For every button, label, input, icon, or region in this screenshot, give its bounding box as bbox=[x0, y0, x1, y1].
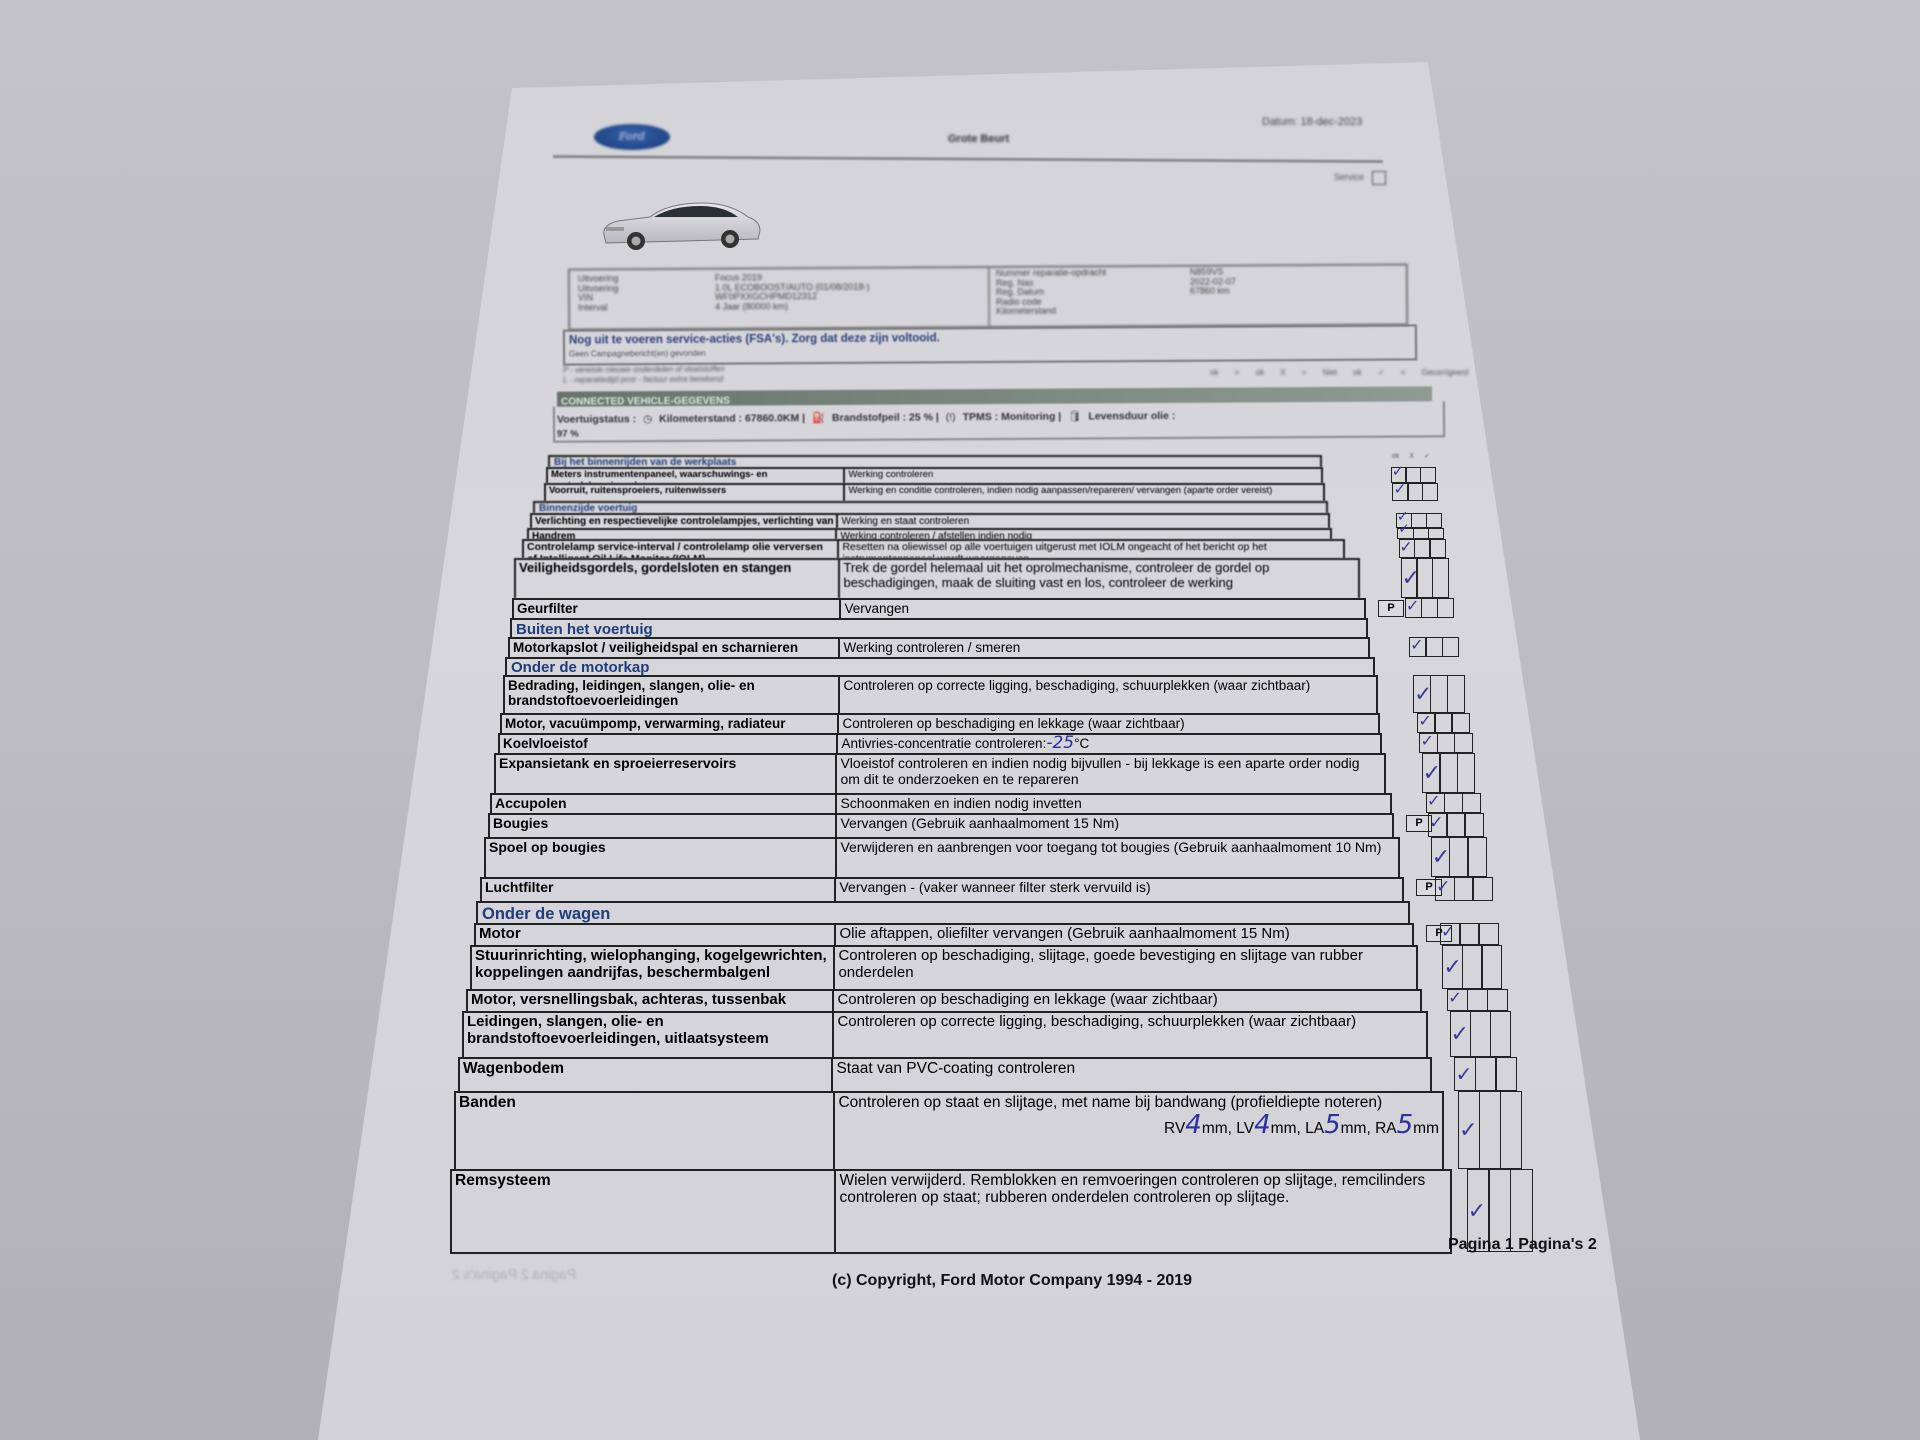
row-action: Olie aftappen, oliefilter vervangen (Geb… bbox=[836, 925, 1412, 945]
row-action-text: Werking controleren / smeren bbox=[843, 640, 1020, 655]
check-cell-corrected[interactable] bbox=[1472, 877, 1492, 901]
date-label: Datum: bbox=[1262, 116, 1297, 128]
row-item: Stuurinrichting, wielophanging, kogelgew… bbox=[472, 947, 835, 989]
tpms-icon: (!) bbox=[946, 411, 956, 423]
row-action: Werking controleren bbox=[845, 469, 1321, 483]
tyre-unit: mm bbox=[1413, 1120, 1439, 1137]
handwritten-checkmark: ✓ bbox=[1402, 566, 1420, 591]
tyre-depth-value: 4 bbox=[1254, 1110, 1271, 1140]
check-cell-not-ok[interactable] bbox=[1454, 877, 1474, 901]
legend-status-key: ok = ok X = Niet ok ✓ = Gecorrigeerd bbox=[1210, 368, 1468, 377]
check-cell-not-ok[interactable] bbox=[1444, 793, 1463, 813]
check-cell-corrected[interactable] bbox=[1432, 558, 1449, 598]
row-action: Schoonmaken en indien nodig invetten bbox=[837, 795, 1390, 813]
row-action: Werking controleren / smeren bbox=[840, 639, 1368, 657]
check-cell-corrected[interactable] bbox=[1420, 467, 1436, 483]
row-item: Voorruit, ruitensproeiers, ruitenwissers bbox=[546, 485, 845, 501]
header-divider bbox=[553, 155, 1383, 163]
check-cell-not-ok[interactable] bbox=[1421, 598, 1438, 618]
section-header: Onder de wagen bbox=[476, 901, 1410, 923]
fsa-notice: Nog uit te voeren service-acties (FSA's)… bbox=[563, 324, 1417, 365]
row-item: Controlelamp service-interval / controle… bbox=[524, 541, 839, 558]
table-row: Motor, vacuümpomp, verwarming, radiateur… bbox=[500, 713, 1380, 733]
table-row: BandenControleren op staat en slijtage, … bbox=[454, 1091, 1444, 1169]
handwritten-checkmark: ✓ bbox=[1406, 596, 1419, 615]
check-cell-not-ok[interactable] bbox=[1437, 733, 1456, 753]
check-cell-corrected[interactable] bbox=[1451, 713, 1470, 733]
tyre-depth-value: 4 bbox=[1185, 1110, 1202, 1140]
row-item: Remsysteem bbox=[452, 1171, 836, 1252]
row-item: Motorkapslot / veiligheidspal en scharni… bbox=[510, 639, 840, 657]
row-item: Geurfilter bbox=[514, 600, 841, 618]
row-action: Resetten na oliewissel op alle voertuige… bbox=[839, 541, 1343, 558]
table-row: HandremWerking controleren / afstellen i… bbox=[527, 528, 1332, 539]
check-cell-corrected[interactable] bbox=[1467, 837, 1487, 877]
copyright: (c) Copyright, Ford Motor Company 1994 -… bbox=[832, 1272, 1192, 1290]
ford-logo: Ford bbox=[594, 124, 670, 150]
handwritten-checkmark: ✓ bbox=[1398, 522, 1409, 537]
odometer-icon: ◷ bbox=[643, 413, 652, 425]
check-cell-corrected[interactable] bbox=[1429, 539, 1446, 558]
service-checklist-document: Ford Grote Beurt Datum: 18-dec-2023 Serv… bbox=[0, 0, 1920, 1440]
row-item: Verlichting en respectievelijke controle… bbox=[532, 515, 838, 528]
column-divider bbox=[988, 268, 990, 326]
row-action: Vervangen (Gebruik aanhaalmoment 15 Nm) bbox=[837, 815, 1392, 837]
handwritten-checkmark: ✓ bbox=[1392, 463, 1404, 480]
table-row: RemsysteemWielen verwijderd. Remblokken … bbox=[450, 1169, 1452, 1252]
handwritten-checkmark: ✓ bbox=[1451, 1022, 1469, 1047]
handwritten-checkmark: ✓ bbox=[1400, 537, 1413, 556]
row-action: Controleren op beschadiging, slijtage, g… bbox=[835, 947, 1416, 989]
check-cell-corrected[interactable] bbox=[1428, 528, 1445, 539]
repair-field-label: Kilometerstand bbox=[996, 306, 1196, 317]
row-action: Controleren op beschadiging en lekkage (… bbox=[839, 715, 1378, 733]
section-header: Binnenzijde voertuig bbox=[533, 501, 1328, 513]
row-action-text: Schoonmaken en indien nodig invetten bbox=[840, 795, 1081, 811]
row-item: Koelvloeistof bbox=[500, 735, 838, 753]
check-cell-corrected[interactable] bbox=[1447, 675, 1465, 713]
handwritten-checkmark: ✓ bbox=[1423, 761, 1441, 786]
check-cell-corrected[interactable] bbox=[1426, 513, 1443, 528]
vehicle-field-label: Interval bbox=[578, 302, 698, 312]
table-row: AccupolenSchoonmaken en indien nodig inv… bbox=[490, 793, 1392, 813]
handwritten-checkmark: ✓ bbox=[1393, 480, 1406, 498]
coolant-unit: °C bbox=[1074, 736, 1089, 751]
table-row: Controlelamp service-interval / controle… bbox=[522, 539, 1345, 558]
row-action-text: Vloeistof controleren en indien nodig bi… bbox=[840, 755, 1359, 787]
tyre-unit: mm bbox=[1341, 1120, 1367, 1137]
tyre-label: RA bbox=[1375, 1120, 1397, 1137]
row-action: Werking en conditie controleren, indien … bbox=[845, 485, 1323, 501]
table-row: Veiligheidsgordels, gordelsloten en stan… bbox=[514, 558, 1360, 598]
table-row: Stuurinrichting, wielophanging, kogelgew… bbox=[470, 945, 1418, 989]
check-cell-not-ok[interactable] bbox=[1459, 923, 1480, 945]
tyre-depth-value: 5 bbox=[1324, 1110, 1341, 1140]
vehicle-info-table: UitvoeringUitvoeringVINInterval Focus 20… bbox=[568, 263, 1408, 330]
vehicle-status-line: Voertuigstatus : ◷ Kilometerstand : 6786… bbox=[557, 409, 1175, 426]
table-row: Expansietank en sproeierreservoirsVloeis… bbox=[494, 753, 1386, 793]
section-header: Buiten het voertuig bbox=[510, 618, 1368, 637]
km-label: Kilometerstand : bbox=[659, 413, 742, 426]
handwritten-checkmark: ✓ bbox=[1429, 813, 1443, 833]
row-item: Banden bbox=[456, 1093, 835, 1169]
row-action: Werking controleren / afstellen indien n… bbox=[837, 530, 1330, 539]
check-cell-not-ok[interactable] bbox=[1413, 528, 1430, 539]
row-action-text: Controleren op correcte ligging, beschad… bbox=[843, 678, 1310, 693]
check-cell-corrected[interactable] bbox=[1500, 1091, 1522, 1169]
row-action: Controleren op beschadiging en lekkage (… bbox=[834, 991, 1420, 1011]
legend-notes: P - vereiste nieuwe onderdelen of vloeis… bbox=[563, 365, 725, 386]
date: Datum: 18-dec-2023 bbox=[1262, 116, 1362, 128]
row-action-text: Staat van PVC-coating controleren bbox=[836, 1060, 1075, 1077]
row-action-text: Controleren op beschadiging en lekkage (… bbox=[837, 991, 1217, 1008]
row-item: Meters instrumentenpaneel, waarschuwings… bbox=[548, 469, 845, 483]
row-item: Handrem bbox=[529, 530, 837, 539]
check-cell-not-ok[interactable] bbox=[1414, 539, 1431, 558]
row-action: Vloeistof controleren en indien nodig bi… bbox=[837, 755, 1384, 793]
check-cell-not-ok[interactable] bbox=[1439, 753, 1458, 793]
check-cell-corrected[interactable] bbox=[1457, 753, 1476, 793]
row-action: Wielen verwijderd. Remblokken en remvoer… bbox=[836, 1171, 1450, 1252]
handwritten-checkmark: ✓ bbox=[1468, 1199, 1486, 1224]
check-cell-corrected[interactable] bbox=[1422, 483, 1438, 501]
check-cell-corrected[interactable] bbox=[1478, 923, 1499, 945]
row-action-text: Vervangen bbox=[844, 601, 909, 616]
row-action-text: Resetten na oliewissel op alle voertuige… bbox=[842, 541, 1266, 558]
page-title: Grote Beurt bbox=[948, 133, 1009, 145]
handwritten-checkmark: ✓ bbox=[1418, 711, 1431, 730]
tyre-label: RV bbox=[1164, 1120, 1185, 1137]
table-row: Motor, versnellingsbak, achteras, tussen… bbox=[466, 989, 1422, 1011]
row-action-text: Antivries-concentratie controleren: bbox=[841, 736, 1046, 751]
show-through-text: Pagina 2 Pagina's 2 bbox=[452, 1266, 576, 1282]
row-item: Bedrading, leidingen, slangen, olie- en … bbox=[505, 677, 840, 713]
row-action-text: Vervangen - (vaker wanneer filter sterk … bbox=[839, 879, 1150, 895]
table-row: Voorruit, ruitensproeiers, ruitenwissers… bbox=[544, 483, 1325, 501]
table-bottom-border bbox=[450, 1252, 1452, 1254]
service-checkbox[interactable] bbox=[1372, 171, 1386, 185]
check-cell-not-ok[interactable] bbox=[1449, 837, 1469, 877]
check-columns-header: ok X ✓ bbox=[1392, 452, 1430, 460]
check-cell-corrected[interactable] bbox=[1487, 989, 1508, 1011]
brand-text: Ford bbox=[594, 124, 670, 150]
check-cell-not-ok[interactable] bbox=[1479, 1091, 1501, 1169]
row-action-text: Wielen verwijderd. Remblokken en remvoer… bbox=[839, 1172, 1425, 1206]
table-row: Verlichting en respectievelijke controle… bbox=[530, 513, 1330, 528]
tyre-depths: RV4mm, LV4mm, LA5mm, RA5mm bbox=[838, 1117, 1439, 1137]
table-row: BougiesVervangen (Gebruik aanhaalmoment … bbox=[488, 813, 1394, 837]
row-action: Vervangen - (vaker wanneer filter sterk … bbox=[836, 879, 1402, 901]
service-label: Service bbox=[1334, 172, 1364, 182]
repair-field-value: 67860 km bbox=[1190, 286, 1390, 297]
row-item: Spoel op bougies bbox=[486, 839, 837, 877]
check-cell-corrected[interactable] bbox=[1442, 637, 1460, 657]
table-row: MotorOlie aftappen, oliefilter vervangen… bbox=[474, 923, 1414, 945]
row-action-text: Controleren op correcte ligging, beschad… bbox=[837, 1013, 1356, 1030]
tyre-unit: mm bbox=[1271, 1120, 1297, 1137]
row-item: Motor, versnellingsbak, achteras, tussen… bbox=[468, 991, 834, 1011]
km-value: 67860.0KM bbox=[745, 412, 799, 424]
table-row: WagenbodemStaat van PVC-coating controle… bbox=[458, 1057, 1432, 1091]
table-row: Spoel op bougiesVerwijderen en aanbrenge… bbox=[484, 837, 1400, 877]
status-label: Voertuigstatus : bbox=[557, 413, 636, 425]
handwritten-checkmark: ✓ bbox=[1414, 682, 1432, 707]
oil-value: 97 % bbox=[557, 429, 579, 440]
tyre-unit: mm bbox=[1202, 1120, 1228, 1137]
fuel-value: 25 % bbox=[909, 411, 933, 423]
check-cell-not-ok[interactable] bbox=[1425, 637, 1443, 657]
row-action: Antivries-concentratie controleren:-25°C bbox=[838, 735, 1380, 753]
pagination: Pagina 1 Pagina's 2 bbox=[1448, 1236, 1597, 1254]
row-action-text: Werking en conditie controleren, indien … bbox=[848, 485, 1272, 496]
handwritten-coolant-value: -25 bbox=[1046, 735, 1074, 753]
check-cell-not-ok[interactable] bbox=[1475, 1057, 1497, 1091]
date-value: 18-dec-2023 bbox=[1301, 116, 1363, 128]
fuel-pump-icon: ⛽ bbox=[812, 411, 825, 424]
row-action-text: Controleren op beschadiging en lekkage (… bbox=[842, 716, 1184, 731]
row-action-text: Controleren op beschadiging, slijtage, g… bbox=[838, 947, 1363, 981]
row-action: Verwijderen en aanbrengen voor toegang t… bbox=[837, 839, 1398, 877]
row-action-text: Trek de gordel helemaal uit het oprolmec… bbox=[843, 560, 1269, 590]
row-action-text: Olie aftappen, oliefilter vervangen (Geb… bbox=[839, 925, 1289, 942]
row-item: Motor, vacuümpomp, verwarming, radiateur bbox=[502, 715, 839, 733]
row-action: Vervangen bbox=[841, 600, 1364, 618]
handwritten-checkmark: ✓ bbox=[1432, 845, 1450, 870]
row-item: Luchtfilter bbox=[482, 879, 836, 901]
separator: , bbox=[1228, 1120, 1237, 1137]
check-cell-not-ok[interactable] bbox=[1434, 713, 1453, 733]
row-action-text: Vervangen (Gebruik aanhaalmoment 15 Nm) bbox=[840, 815, 1119, 831]
row-item: Motor bbox=[476, 925, 836, 945]
row-item: Accupolen bbox=[492, 795, 837, 813]
check-cell-corrected[interactable] bbox=[1454, 733, 1473, 753]
row-action: Staat van PVC-coating controleren bbox=[833, 1059, 1430, 1091]
table-row: Bedrading, leidingen, slangen, olie- en … bbox=[503, 675, 1378, 713]
row-item: Wagenbodem bbox=[460, 1059, 833, 1091]
table-row: Motorkapslot / veiligheidspal en scharni… bbox=[508, 637, 1370, 657]
table-row: Meters instrumentenpaneel, waarschuwings… bbox=[546, 467, 1323, 483]
separator: , bbox=[1296, 1120, 1305, 1137]
parts-required-badge: P bbox=[1378, 600, 1404, 617]
handwritten-checkmark: ✓ bbox=[1436, 877, 1450, 897]
oil-can-icon: 🛢 bbox=[1068, 409, 1081, 422]
row-action-text: Werking controleren / afstellen indien n… bbox=[840, 531, 1032, 539]
tyre-depth-value: 5 bbox=[1397, 1110, 1414, 1140]
tyre-label: LA bbox=[1305, 1120, 1324, 1137]
table-row: Leidingen, slangen, olie- en brandstofto… bbox=[462, 1011, 1428, 1057]
handwritten-checkmark: ✓ bbox=[1427, 791, 1440, 810]
check-cell-corrected[interactable] bbox=[1462, 793, 1481, 813]
row-action: Controleren op correcte ligging, beschad… bbox=[834, 1013, 1426, 1057]
legend-l: L - reparatiedijd post - factuur extra b… bbox=[563, 375, 725, 386]
handwritten-checkmark: ✓ bbox=[1410, 635, 1423, 654]
check-cell-not-ok[interactable] bbox=[1430, 675, 1448, 713]
tpms-value: Monitoring bbox=[1001, 411, 1055, 423]
car-image bbox=[598, 195, 764, 253]
handwritten-checkmark: ✓ bbox=[1448, 988, 1462, 1007]
separator: , bbox=[1366, 1120, 1375, 1137]
row-item: Expansietank en sproeierreservoirs bbox=[496, 755, 837, 793]
check-cell-corrected[interactable] bbox=[1481, 945, 1502, 989]
section-header: Bij het binnenrijden van de werkplaats bbox=[548, 455, 1322, 467]
check-cell-corrected[interactable] bbox=[1437, 598, 1454, 618]
table-row: GeurfilterVervangen bbox=[512, 598, 1366, 618]
table-row: LuchtfilterVervangen - (vaker wanneer fi… bbox=[480, 877, 1404, 901]
oil-label: Levensduur olie : bbox=[1088, 410, 1175, 423]
table-row: KoelvloeistofAntivries-concentratie cont… bbox=[498, 733, 1382, 753]
row-action-text: Controleren op staat en slijtage, met na… bbox=[838, 1094, 1382, 1111]
row-action: Werking en staat controleren bbox=[838, 515, 1328, 528]
check-cell-not-ok[interactable] bbox=[1470, 1011, 1492, 1057]
handwritten-checkmark: ✓ bbox=[1443, 955, 1461, 980]
row-item: Bougies bbox=[490, 815, 837, 837]
fsa-subtitle: Geen Campagnebericht(en) gevonden bbox=[569, 349, 706, 359]
fuel-label: Brandstofpeil : bbox=[832, 412, 906, 424]
check-cell-corrected[interactable] bbox=[1464, 813, 1484, 837]
row-action-text: Verwijderen en aanbrengen voor toegang t… bbox=[840, 839, 1381, 855]
check-cell-not-ok[interactable] bbox=[1446, 813, 1466, 837]
row-action: Controleren op correcte ligging, beschad… bbox=[840, 677, 1376, 713]
section-header: Onder de motorkap bbox=[505, 657, 1375, 675]
row-action-text: Werking en staat controleren bbox=[841, 516, 969, 527]
check-cell-corrected[interactable] bbox=[1490, 1011, 1512, 1057]
check-cell-corrected[interactable] bbox=[1495, 1057, 1517, 1091]
handwritten-checkmark: ✓ bbox=[1420, 731, 1433, 750]
fsa-title: Nog uit te voeren service-acties (FSA's)… bbox=[569, 332, 940, 346]
handwritten-checkmark: ✓ bbox=[1455, 1062, 1472, 1086]
row-action-text: Werking controleren bbox=[848, 469, 933, 480]
row-item: Leidingen, slangen, olie- en brandstofto… bbox=[464, 1013, 834, 1057]
tpms-label: TPMS : bbox=[963, 411, 999, 423]
connected-vehicle-data: Voertuigstatus : ◷ Kilometerstand : 6786… bbox=[553, 401, 1445, 442]
check-cell-not-ok[interactable] bbox=[1467, 989, 1488, 1011]
handwritten-checkmark: ✓ bbox=[1459, 1118, 1477, 1143]
handwritten-checkmark: ✓ bbox=[1441, 922, 1455, 941]
row-action: Trek de gordel helemaal uit het oprolmec… bbox=[840, 560, 1358, 598]
tyre-label: LV bbox=[1236, 1120, 1254, 1137]
row-item: Veiligheidsgordels, gordelsloten en stan… bbox=[516, 560, 840, 598]
check-cell-not-ok[interactable] bbox=[1411, 513, 1428, 528]
check-cell-not-ok[interactable] bbox=[1462, 945, 1483, 989]
vehicle-field-value: 4 Jaar (80000 km) bbox=[715, 301, 975, 312]
row-action: Controleren op staat en slijtage, met na… bbox=[835, 1093, 1442, 1169]
